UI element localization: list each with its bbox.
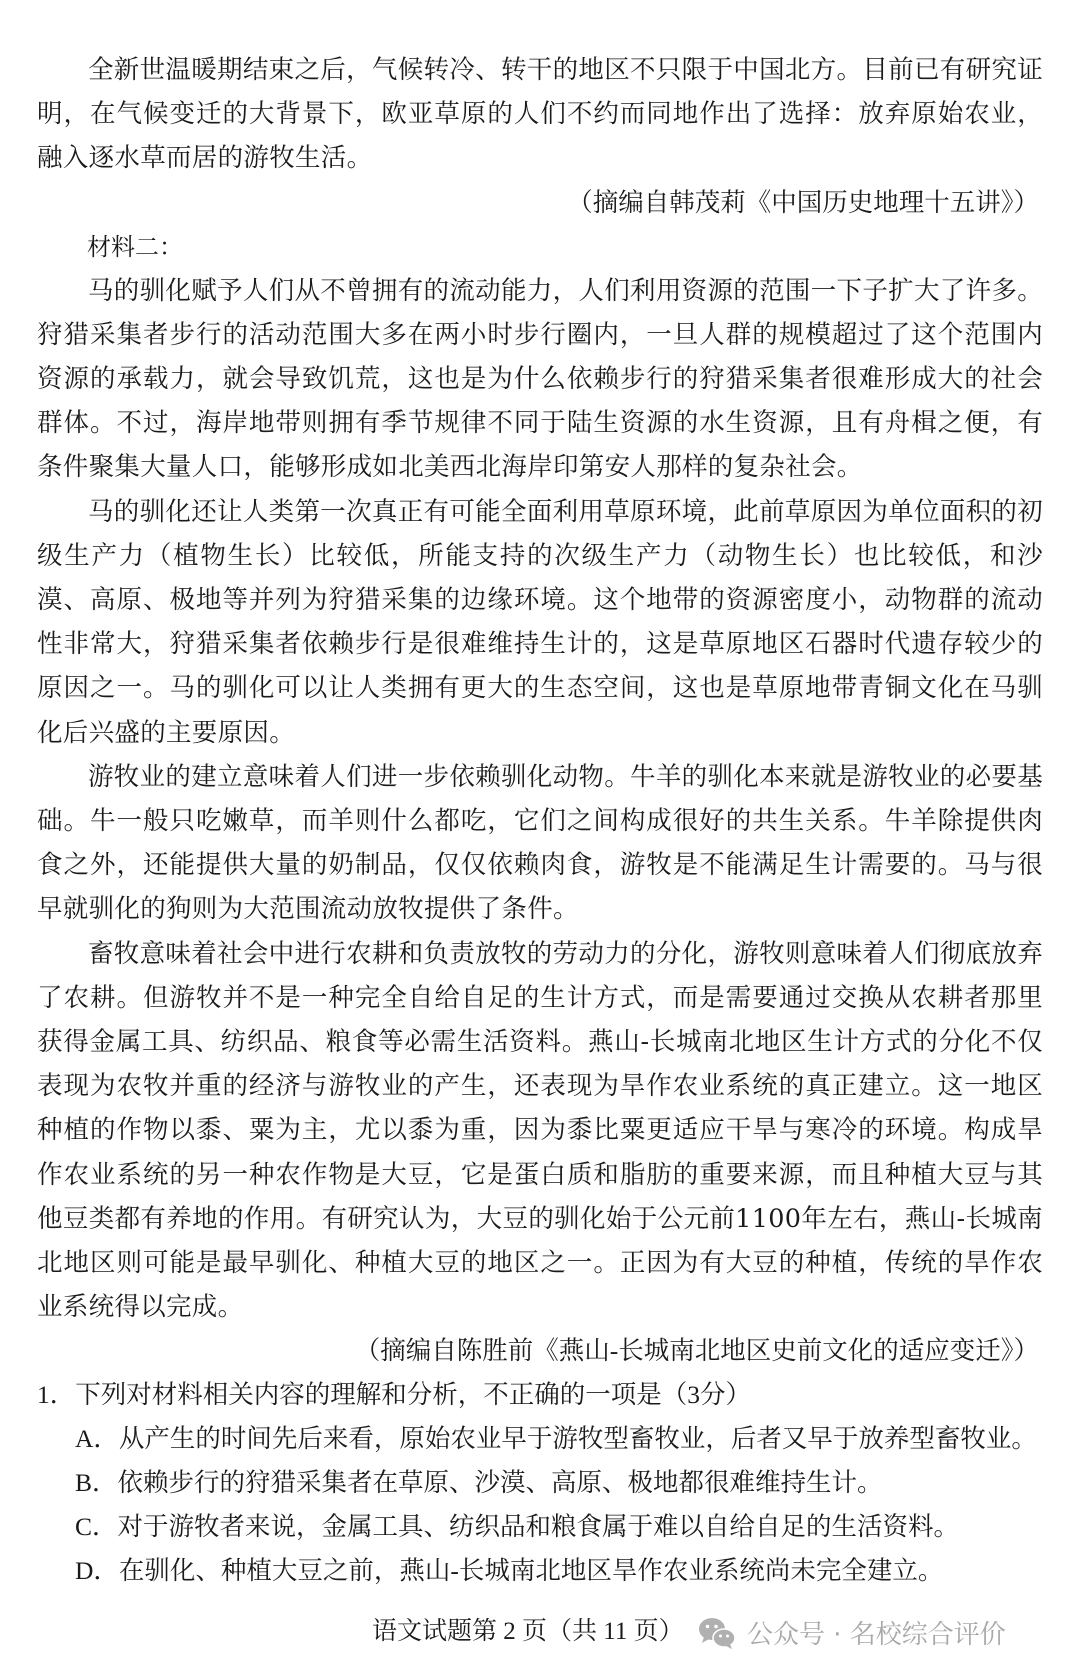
material-two-paragraph-1: 马的驯化赋予人们从不曾拥有的流动能力，人们利用资源的范围一下子扩大了许多。狩猎采… (37, 269, 1043, 490)
page-number: 语文试题第 2 页（共 11 页） (372, 1612, 684, 1652)
question-1: 1．下列对材料相关内容的理解和分析，不正确的一项是（3分） A．从产生的时间先后… (37, 1373, 1043, 1593)
option-c: C．对于游牧者来说，金属工具、纺织品和粮食属于难以自给自足的生活资料。 (37, 1505, 1043, 1549)
page-footer: 语文试题第 2 页（共 11 页） 公众号 · 名校综合评价 (0, 1612, 1080, 1652)
question-stem: 1．下列对材料相关内容的理解和分析，不正确的一项是（3分） (37, 1373, 1043, 1417)
option-a: A．从产生的时间先后来看，原始农业早于游牧型畜牧业，后者又早于放养型畜牧业。 (37, 1417, 1043, 1461)
material-one-source: （摘编自韩茂莉《中国历史地理十五讲》） (37, 181, 1043, 225)
material-two-heading: 材料二： (37, 225, 1043, 269)
option-d: D．在驯化、种植大豆之前，燕山-长城南北地区旱作农业系统尚未完全建立。 (37, 1549, 1043, 1593)
material-two-paragraph-3: 游牧业的建立意味着人们进一步依赖驯化动物。牛羊的驯化本来就是游牧业的必要基础。牛… (37, 755, 1043, 932)
exam-page: 全新世温暖期结束之后，气候转冷、转干的地区不只限于中国北方。目前已有研究证明，在… (37, 48, 1043, 1593)
material-two-source: （摘编自陈胜前《燕山-长城南北地区史前文化的适应变迁》） (37, 1329, 1043, 1373)
material-two-paragraph-2: 马的驯化还让人类第一次真正有可能全面利用草原环境，此前草原因为单位面积的初级生产… (37, 490, 1043, 755)
material-two: 材料二： 马的驯化赋予人们从不曾拥有的流动能力，人们利用资源的范围一下子扩大了许… (37, 225, 1043, 1374)
watermark: 公众号 · 名校综合评价 (697, 1614, 1006, 1651)
watermark-text: 公众号 · 名校综合评价 (747, 1614, 1006, 1651)
material-two-paragraph-4: 畜牧意味着社会中进行农耕和负责放牧的劳动力的分化，游牧则意味着人们彻底放弃了农耕… (37, 932, 1043, 1330)
wechat-icon (697, 1616, 737, 1650)
option-b: B．依赖步行的狩猎采集者在草原、沙漠、高原、极地都很难维持生计。 (37, 1461, 1043, 1505)
material-one-paragraph-1: 全新世温暖期结束之后，气候转冷、转干的地区不只限于中国北方。目前已有研究证明，在… (37, 48, 1043, 181)
material-one: 全新世温暖期结束之后，气候转冷、转干的地区不只限于中国北方。目前已有研究证明，在… (37, 48, 1043, 225)
